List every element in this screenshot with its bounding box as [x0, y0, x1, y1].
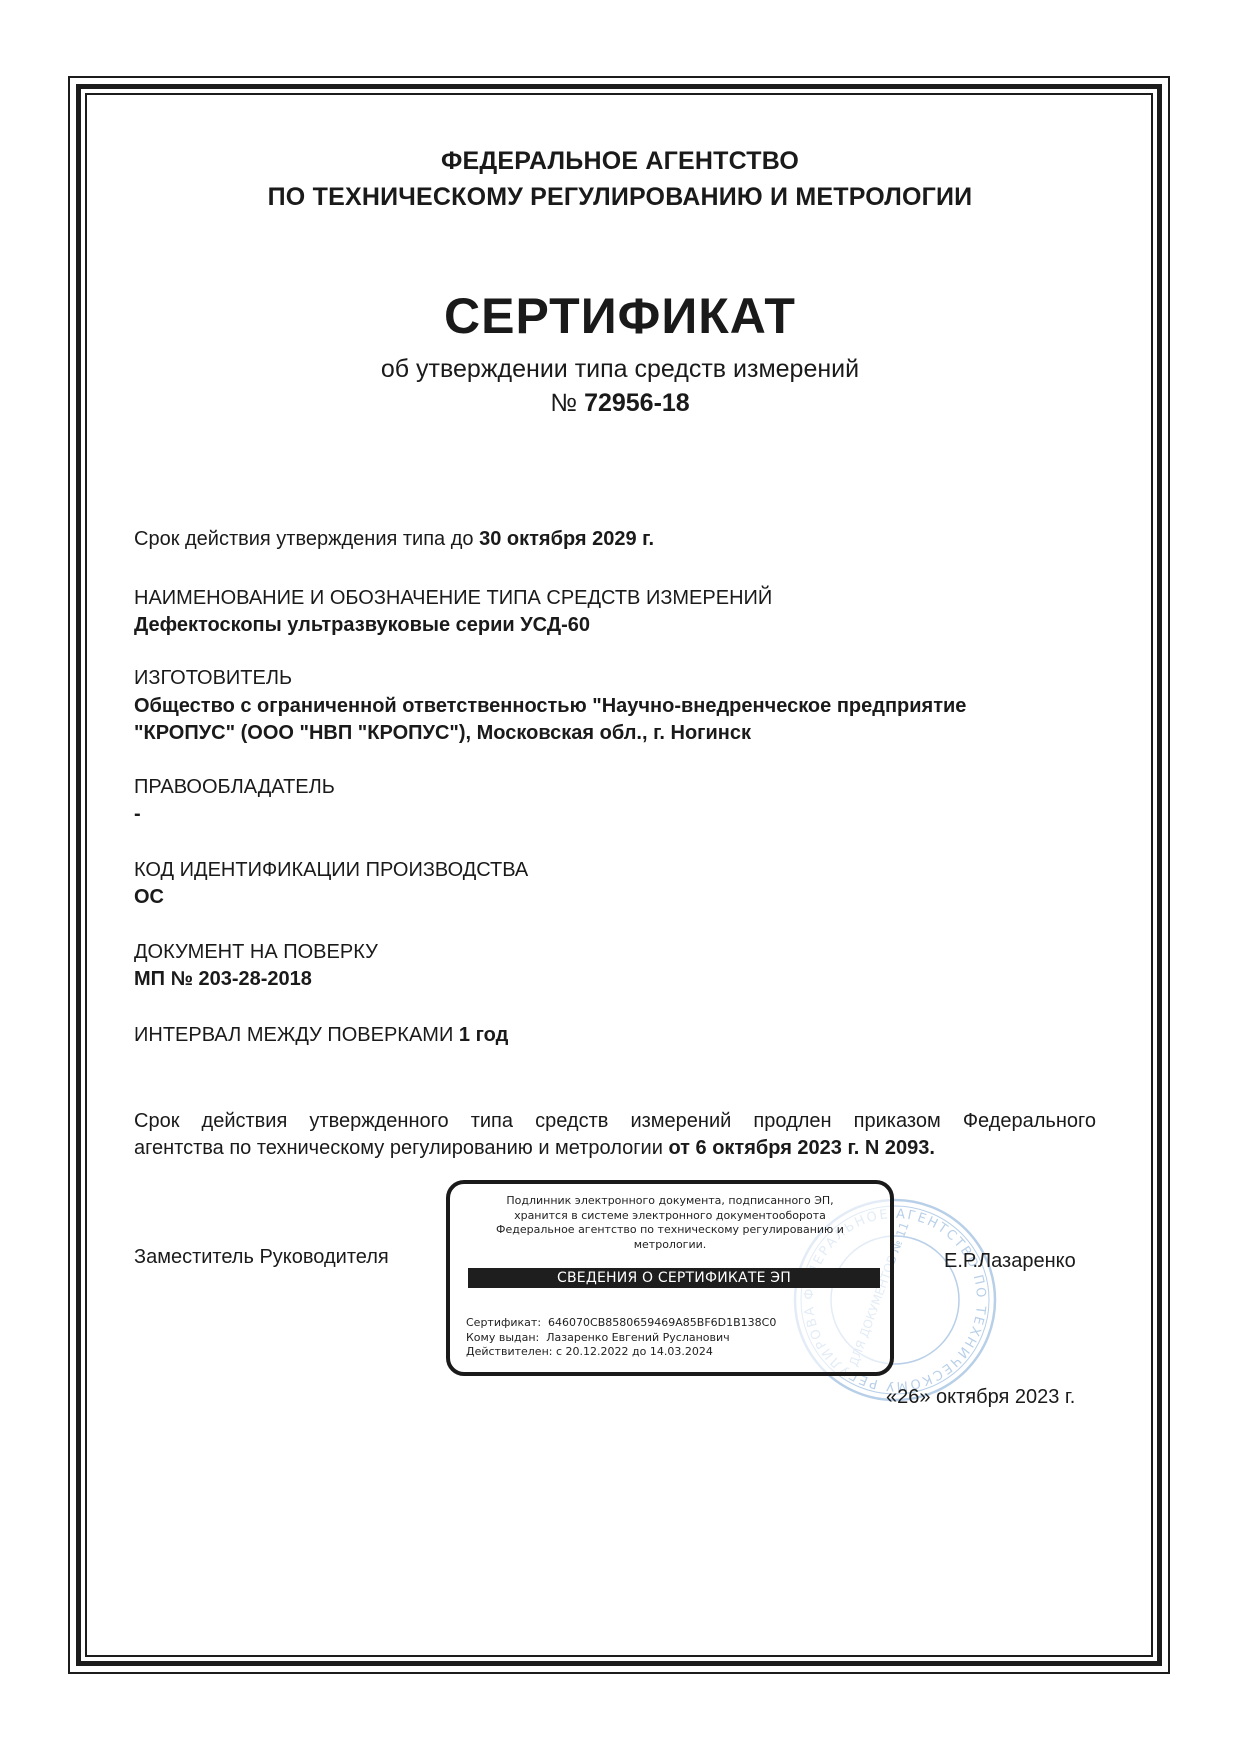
extension-line-1: Срок действия утвержденного типа средств…	[134, 1108, 1096, 1135]
e-signature-valid-row: Действителен: с 20.12.2022 до 14.03.2024	[466, 1345, 776, 1360]
e-signature-certificate-label: Сертификат:	[466, 1316, 541, 1329]
manufacturer-value-line-1-text: Общество с ограниченной ответственностью…	[134, 695, 966, 717]
e-signature-certificate-value: 646070CB8580659469A85BF6D1B138C0	[548, 1316, 776, 1329]
verification-doc-label: ДОКУМЕНТ НА ПОВЕРКУ	[134, 939, 378, 966]
extension-paragraph: Срок действия утвержденного типа средств…	[134, 1108, 1096, 1162]
type-name-value-text: Дефектоскопы ультразвуковые серии УСД-60	[134, 614, 590, 636]
e-signature-issued-to-value: Лазаренко Евгений Русланович	[546, 1331, 729, 1344]
manufacturer-value-line-2-text: "КРОПУС" (ООО "НВП "КРОПУС"), Московская…	[134, 722, 751, 744]
validity-label: Срок действия утверждения типа до	[134, 528, 474, 550]
certificate-subtitle: об утверждении типа средств измерений	[0, 352, 1240, 386]
e-signature-note-line-2: хранится в системе электронного документ…	[460, 1209, 880, 1224]
agency-header: ФЕДЕРАЛЬНОЕ АГЕНТСТВО ПО ТЕХНИЧЕСКОМУ РЕ…	[0, 143, 1240, 215]
rights-holder-label: ПРАВООБЛАДАТЕЛЬ	[134, 774, 335, 801]
verification-doc-value: МП № 203-28-2018	[134, 966, 312, 993]
e-signature-box: Подлинник электронного документа, подпис…	[446, 1180, 894, 1376]
production-code-value-text: ОС	[134, 886, 164, 908]
certificate-number: № 72956-18	[0, 386, 1240, 420]
e-signature-valid-value: с 20.12.2022 до 14.03.2024	[556, 1345, 713, 1358]
e-signature-note-line-3: Федеральное агентство по техническому ре…	[460, 1223, 880, 1238]
rights-holder-value: -	[134, 801, 141, 828]
e-signature-note-line-4: метрологии.	[460, 1238, 880, 1253]
production-code-label: КОД ИДЕНТИФИКАЦИИ ПРОИЗВОДСТВА	[134, 857, 528, 884]
e-signature-header: СВЕДЕНИЯ О СЕРТИФИКАТЕ ЭП	[468, 1268, 880, 1288]
signature-date: «26» октября 2023 г.	[886, 1384, 1075, 1411]
type-name-label: НАИМЕНОВАНИЕ И ОБОЗНАЧЕНИЕ ТИПА СРЕДСТВ …	[134, 585, 772, 612]
verification-interval-label: ИНТЕРВАЛ МЕЖДУ ПОВЕРКАМИ	[134, 1024, 453, 1046]
verification-interval-value: 1 год	[459, 1024, 508, 1046]
manufacturer-value-line-2: "КРОПУС" (ООО "НВП "КРОПУС"), Московская…	[134, 720, 751, 747]
agency-line-1: ФЕДЕРАЛЬНОЕ АГЕНТСТВО	[0, 143, 1240, 179]
validity-date: 30 октября 2029 г.	[479, 528, 654, 550]
type-name-value: Дефектоскопы ультразвуковые серии УСД-60	[134, 612, 590, 639]
manufacturer-label: ИЗГОТОВИТЕЛЬ	[134, 665, 292, 692]
manufacturer-value-line-1: Общество с ограниченной ответственностью…	[134, 693, 966, 720]
e-signature-note: Подлинник электронного документа, подпис…	[460, 1194, 880, 1252]
signer-role: Заместитель Руководителя	[134, 1244, 389, 1271]
verification-interval: ИНТЕРВАЛ МЕЖДУ ПОВЕРКАМИ 1 год	[134, 1022, 508, 1049]
e-signature-certificate-row: Сертификат: 646070CB8580659469A85BF6D1B1…	[466, 1316, 776, 1331]
validity-line: Срок действия утверждения типа до 30 окт…	[134, 526, 654, 553]
e-signature-issued-to-row: Кому выдан: Лазаренко Евгений Русланович	[466, 1331, 776, 1346]
certificate-number-value: 72956-18	[584, 389, 690, 417]
e-signature-note-line-1: Подлинник электронного документа, подпис…	[460, 1194, 880, 1209]
e-signature-valid-label: Действителен:	[466, 1345, 552, 1358]
rights-holder-value-text: -	[134, 803, 141, 825]
extension-line-2-text: агентства по техническому регулированию …	[134, 1137, 663, 1159]
production-code-value: ОС	[134, 884, 164, 911]
extension-line-2-bold: от 6 октября 2023 г. N 2093.	[668, 1137, 935, 1159]
certificate-number-prefix: №	[550, 389, 577, 417]
signer-name: Е.Р.Лазаренко	[944, 1248, 1076, 1275]
verification-doc-value-text: МП № 203-28-2018	[134, 968, 312, 990]
agency-line-2: ПО ТЕХНИЧЕСКОМУ РЕГУЛИРОВАНИЮ И МЕТРОЛОГ…	[0, 179, 1240, 215]
e-signature-details: Сертификат: 646070CB8580659469A85BF6D1B1…	[466, 1316, 776, 1360]
e-signature-issued-to-label: Кому выдан:	[466, 1331, 539, 1344]
certificate-title: СЕРТИФИКАТ	[0, 286, 1240, 346]
